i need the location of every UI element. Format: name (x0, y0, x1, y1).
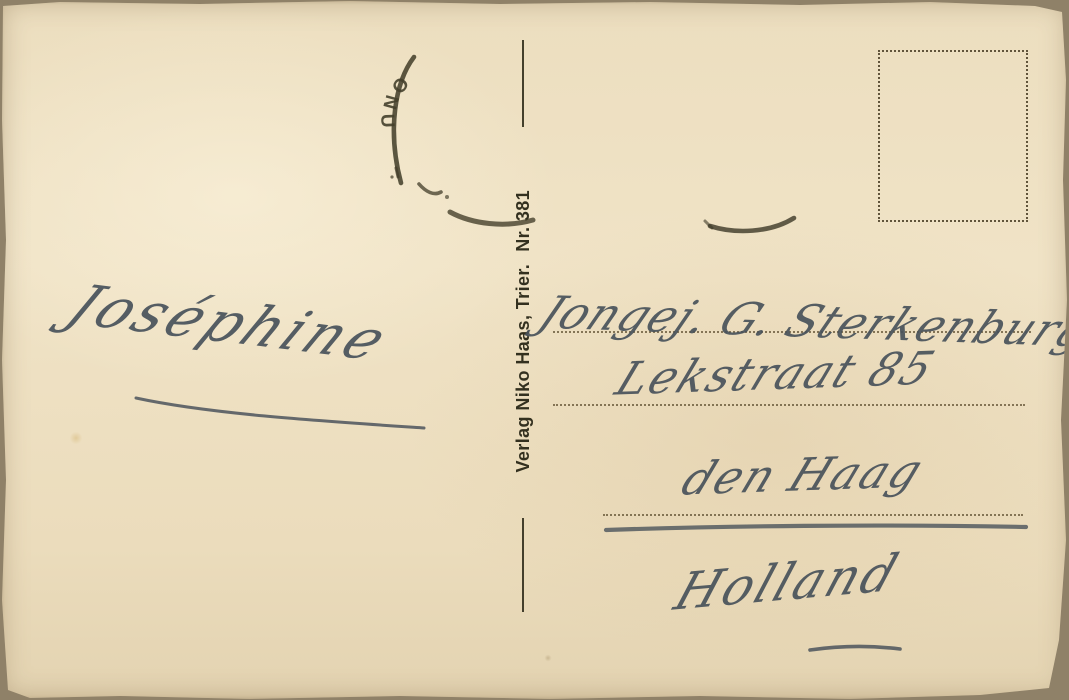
address-rule-3 (603, 514, 1023, 516)
postmark-fragment-icon (705, 218, 794, 231)
handwritten-country: Holland (667, 543, 908, 622)
divider-rule-top (522, 40, 524, 127)
handwritten-signature: Joséphine (55, 274, 402, 373)
stamp-box (878, 50, 1028, 222)
postmark-letters-text: ONU (376, 73, 412, 135)
country-underline (810, 646, 900, 650)
signature-underline (136, 398, 424, 428)
handwriting-underlines (136, 398, 1026, 650)
handwritten-street: Lekstraat 85 (608, 341, 943, 406)
postcard-back: Verlag Niko Haas, Trier. Nr. 381 Joséphi… (0, 0, 1069, 700)
handwritten-city: den Haag (674, 444, 932, 506)
divider-rule-bottom (522, 518, 524, 612)
publisher-imprint: Verlag Niko Haas, Trier. (513, 264, 534, 473)
city-heavy-underline (606, 526, 1026, 530)
postmark-letters: ONU (376, 73, 412, 135)
card-number: Nr. 381 (513, 190, 534, 252)
